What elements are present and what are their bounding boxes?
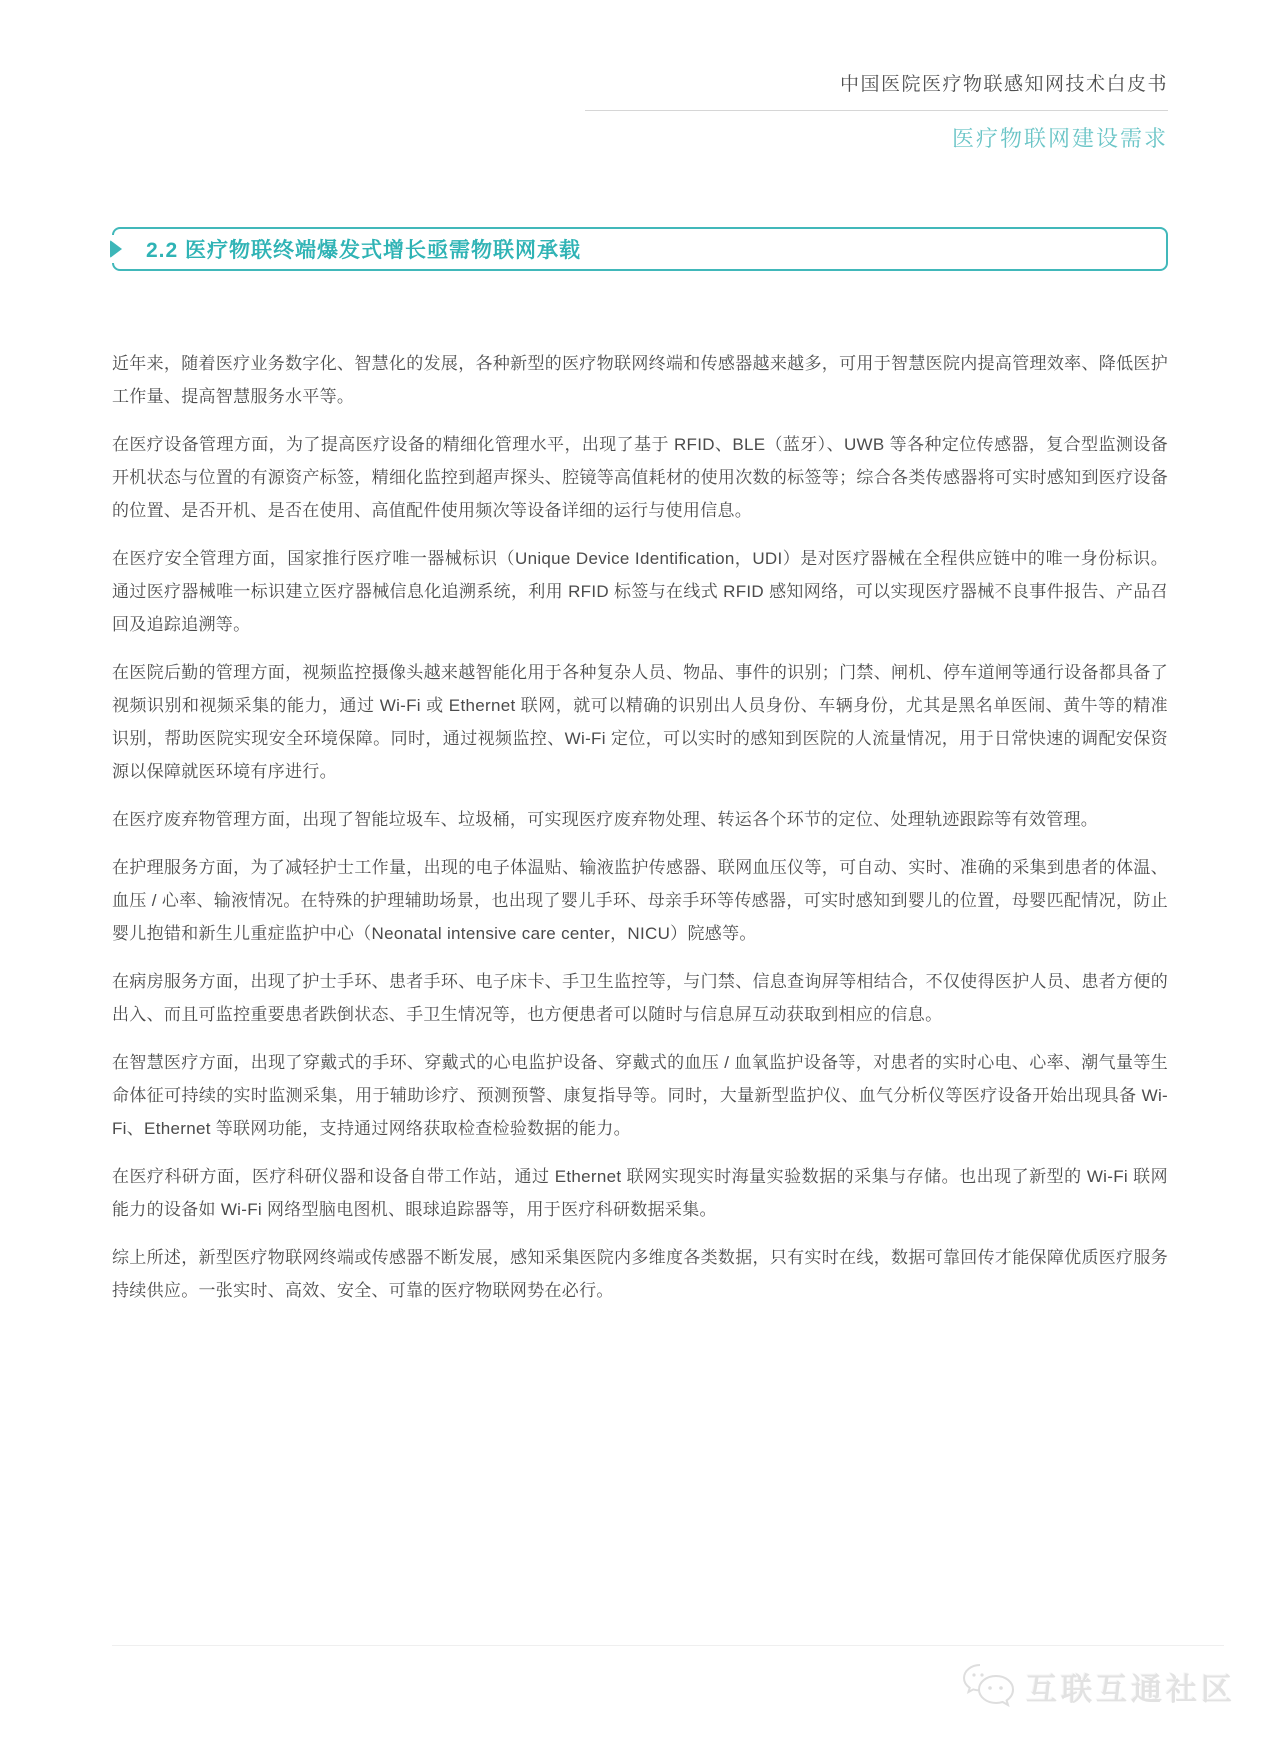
watermark-logo: 互联互通社区 <box>960 1662 1236 1710</box>
paragraph: 在病房服务方面，出现了护士手环、患者手环、电子床卡、手卫生监控等，与门禁、信息查… <box>112 965 1168 1031</box>
page-header: 中国医院医疗物联感知网技术白皮书 医疗物联网建设需求 <box>585 72 1168 153</box>
arrow-marker-wrap <box>110 235 126 263</box>
paragraph: 近年来，随着医疗业务数字化、智慧化的发展，各种新型的医疗物联网终端和传感器越来越… <box>112 347 1168 413</box>
paragraph: 在医疗安全管理方面，国家推行医疗唯一器械标识（Unique Device Ide… <box>112 542 1168 641</box>
paragraph: 在医院后勤的管理方面，视频监控摄像头越来越智能化用于各种复杂人员、物品、事件的识… <box>112 656 1168 788</box>
body-content: 近年来，随着医疗业务数字化、智慧化的发展，各种新型的医疗物联网终端和传感器越来越… <box>112 347 1168 1322</box>
paragraph: 在医疗科研方面，医疗科研仪器和设备自带工作站，通过 Ethernet 联网实现实… <box>112 1160 1168 1226</box>
paragraph: 在智慧医疗方面，出现了穿戴式的手环、穿戴式的心电监护设备、穿戴式的血压 / 血氧… <box>112 1046 1168 1145</box>
section-title: 2.2 医疗物联终端爆发式增长亟需物联网承载 <box>146 234 581 264</box>
watermark-text: 互联互通社区 <box>1026 1664 1236 1709</box>
section-heading-box: 2.2 医疗物联终端爆发式增长亟需物联网承载 <box>112 227 1168 271</box>
play-arrow-icon <box>110 240 122 258</box>
paragraph: 综上所述，新型医疗物联网终端或传感器不断发展，感知采集医院内多维度各类数据，只有… <box>112 1241 1168 1307</box>
paragraph: 在医疗设备管理方面，为了提高医疗设备的精细化管理水平，出现了基于 RFID、BL… <box>112 428 1168 527</box>
chapter-subtitle: 医疗物联网建设需求 <box>585 125 1168 153</box>
paragraph: 在护理服务方面，为了减轻护士工作量，出现的电子体温贴、输液监护传感器、联网血压仪… <box>112 851 1168 950</box>
footer-divider <box>112 1645 1224 1646</box>
chat-bubbles-icon <box>960 1662 1016 1710</box>
header-divider <box>585 110 1168 111</box>
paragraph: 在医疗废弃物管理方面，出现了智能垃圾车、垃圾桶，可实现医疗废弃物处理、转运各个环… <box>112 803 1168 836</box>
document-title: 中国医院医疗物联感知网技术白皮书 <box>585 72 1168 98</box>
document-page: 中国医院医疗物联感知网技术白皮书 医疗物联网建设需求 2.2 医疗物联终端爆发式… <box>0 0 1280 1737</box>
